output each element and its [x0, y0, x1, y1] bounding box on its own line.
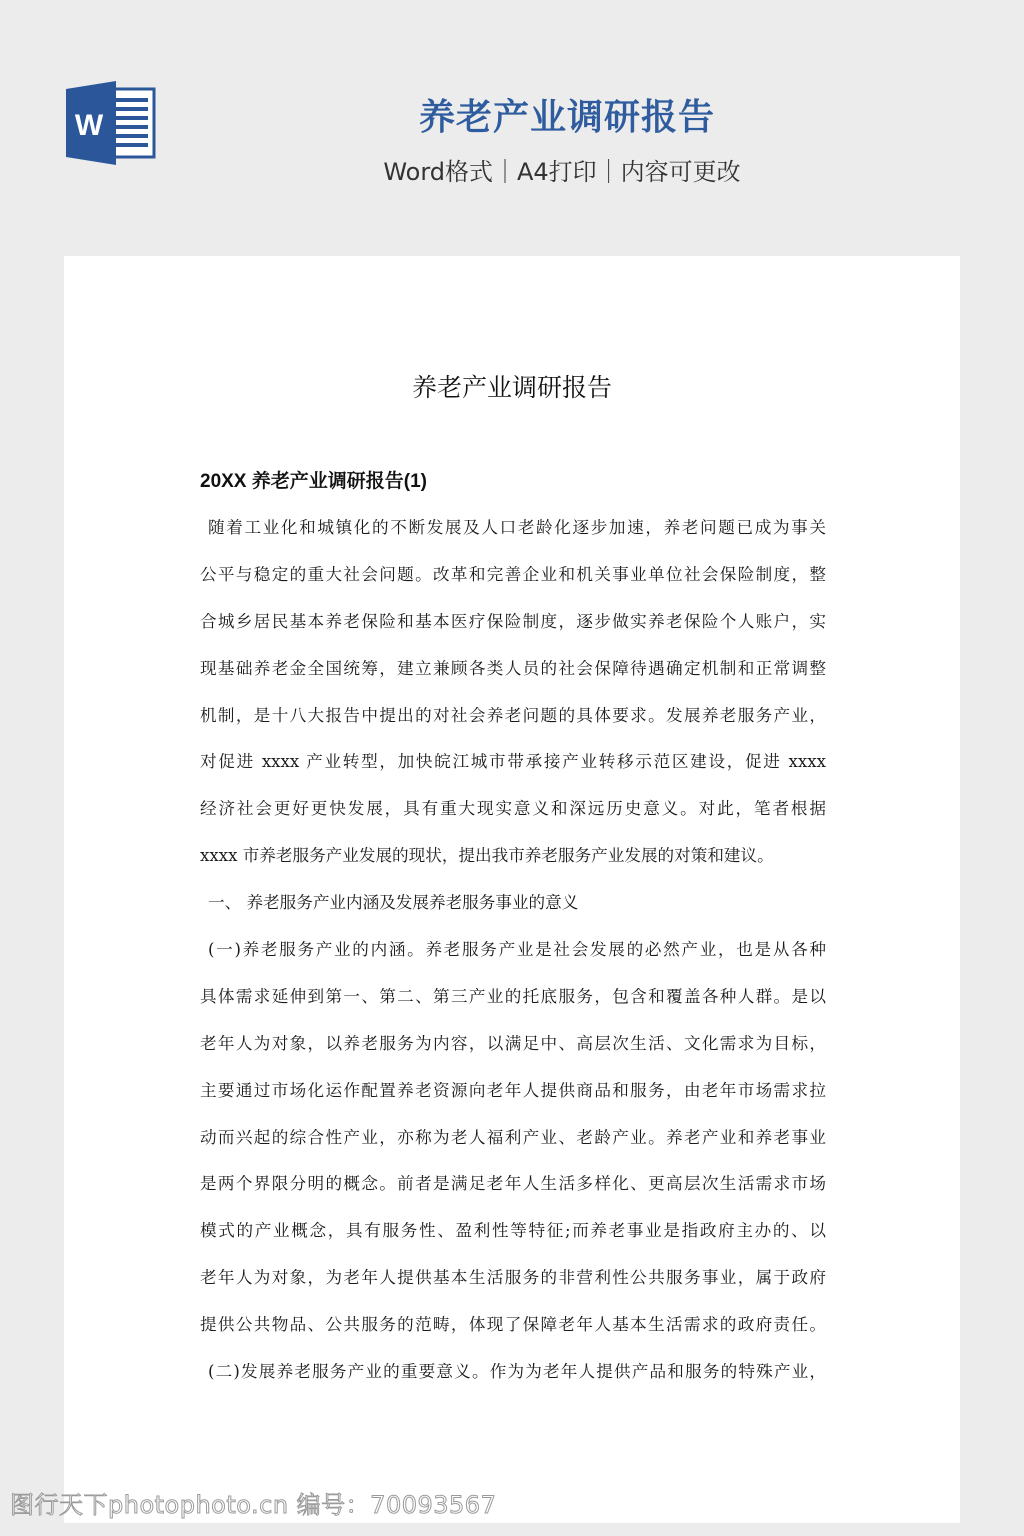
header-subtitle: Word格式｜A4打印｜内容可更改: [0, 152, 1024, 192]
paragraph-line: 随着工业化和城镇化的不断发展及人口老龄化逐步加速，养老问题已成为事关: [200, 512, 826, 559]
paragraph-line: 具体需求延伸到第一、第二、第三产业的托底服务，包含和覆盖各种人群。是以: [200, 981, 826, 1028]
paragraph-line: 是两个界限分明的概念。前者是满足老年人生活多样化、更高层次生活需求市场: [200, 1168, 826, 1215]
paragraph-line: 经济社会更好更快发展，具有重大现实意义和深远历史意义。对此，笔者根据: [200, 793, 826, 840]
document-body: 随着工业化和城镇化的不断发展及人口老龄化逐步加速，养老问题已成为事关 公平与稳定…: [200, 512, 826, 1403]
subsection-heading: 一、 养老服务产业内涵及发展养老服务事业的意义: [200, 887, 826, 934]
paragraph-line: 机制，是十八大报告中提出的对社会养老问题的具体要求。发展养老服务产业，: [200, 700, 826, 747]
paragraph-line: 提供公共物品、公共服务的范畴，体现了保障老年人基本生活需求的政府责任。: [200, 1309, 826, 1356]
paragraph-line: 对促进 xxxx 产业转型，加快皖江城市带承接产业转移示范区建设，促进 xxxx: [200, 746, 826, 793]
document-title: 养老产业调研报告: [64, 368, 960, 408]
paragraph-line: 老年人为对象，为老年人提供基本生活服务的非营利性公共服务事业，属于政府: [200, 1262, 826, 1309]
paragraph-line: xxxx 市养老服务产业发展的现状，提出我市养老服务产业发展的对策和建议。: [200, 840, 826, 887]
paragraph-line: 主要通过市场化运作配置养老资源向老年人提供商品和服务，由老年市场需求拉: [200, 1075, 826, 1122]
paragraph-line: (二)发展养老服务产业的重要意义。作为为老年人提供产品和服务的特殊产业，: [200, 1356, 826, 1403]
paragraph-line: 模式的产业概念，具有服务性、盈利性等特征;而养老事业是指政府主办的、以: [200, 1215, 826, 1262]
paragraph-line: 动而兴起的综合性产业，亦称为老人福利产业、老龄产业。养老产业和养老事业: [200, 1122, 826, 1169]
watermark-text: 图行天下photophoto.cn 编号：70093567: [10, 1489, 496, 1521]
paragraph-line: 公平与稳定的重大社会问题。改革和完善企业和机关事业单位社会保险制度，整: [200, 559, 826, 606]
paragraph-line: 合城乡居民基本养老保险和基本医疗保险制度，逐步做实养老保险个人账户，实: [200, 606, 826, 653]
paragraph-line: 现基础养老金全国统筹，建立兼顾各类人员的社会保障待遇确定机制和正常调整: [200, 653, 826, 700]
paragraph-line: 老年人为对象，以养老服务为内容，以满足中、高层次生活、文化需求为目标，: [200, 1028, 826, 1075]
header-title: 养老产业调研报告: [0, 92, 1024, 144]
document-page: 养老产业调研报告 20XX 养老产业调研报告(1) 随着工业化和城镇化的不断发展…: [64, 256, 960, 1523]
section-heading: 20XX 养老产业调研报告(1): [200, 466, 427, 498]
paragraph-line: (一)养老服务产业的内涵。养老服务产业是社会发展的必然产业，也是从各种: [200, 934, 826, 981]
